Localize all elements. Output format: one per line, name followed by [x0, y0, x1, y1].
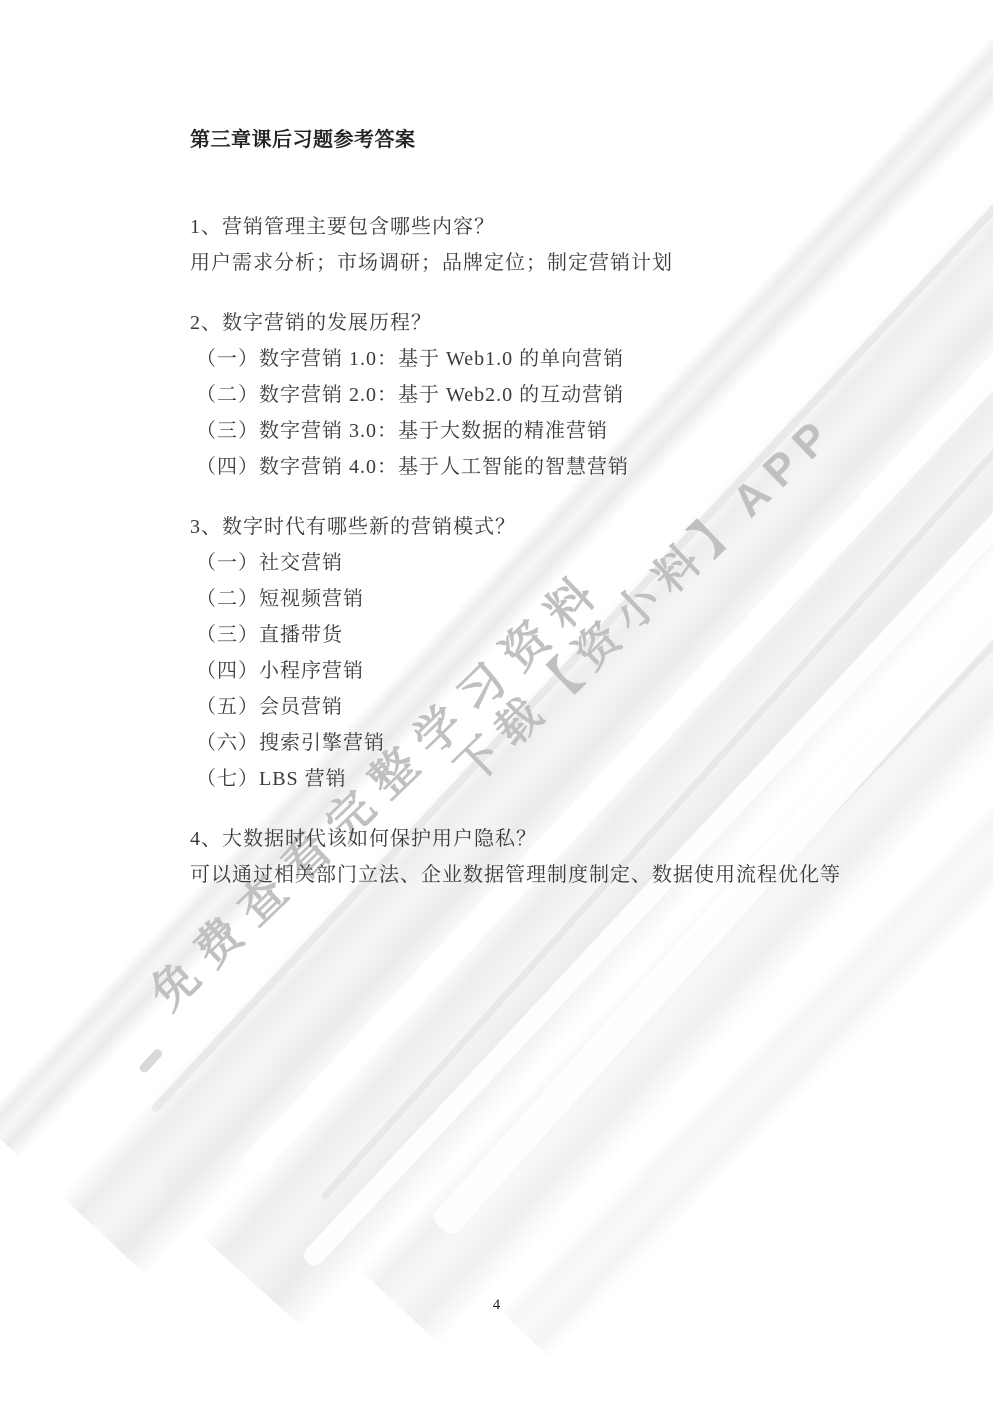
- answer-line: （七）LBS 营销: [190, 761, 910, 797]
- answer-line: （三）直播带货: [190, 617, 910, 653]
- answer-line: （五）会员营销: [190, 689, 910, 725]
- question-line: 1、营销管理主要包含哪些内容？: [190, 209, 910, 245]
- answer-line: （四）小程序营销: [190, 653, 910, 689]
- qa-sections: 1、营销管理主要包含哪些内容？用户需求分析；市场调研；品牌定位；制定营销计划2、…: [190, 209, 910, 893]
- qa-section: 1、营销管理主要包含哪些内容？用户需求分析；市场调研；品牌定位；制定营销计划: [190, 209, 910, 281]
- brush-speck: [138, 1048, 164, 1075]
- answer-line: （一）社交营销: [190, 545, 910, 581]
- question-line: 3、数字时代有哪些新的营销模式？: [190, 509, 910, 545]
- qa-section: 2、数字营销的发展历程？（一）数字营销 1.0：基于 Web1.0 的单向营销（…: [190, 305, 910, 485]
- qa-section: 3、数字时代有哪些新的营销模式？（一）社交营销（二）短视频营销（三）直播带货（四…: [190, 509, 910, 797]
- answer-line: （二）数字营销 2.0：基于 Web2.0 的互动营销: [190, 377, 910, 413]
- answer-line: （一）数字营销 1.0：基于 Web1.0 的单向营销: [190, 341, 910, 377]
- question-line: 2、数字营销的发展历程？: [190, 305, 910, 341]
- answer-line: （四）数字营销 4.0：基于人工智能的智慧营销: [190, 449, 910, 485]
- page-number: 4: [0, 1297, 993, 1314]
- question-line: 4、大数据时代该如何保护用户隐私？: [190, 821, 910, 857]
- document-page: 免费查看完整学习资料 下载【资小料】APP 第三章课后习题参考答案 1、营销管理…: [0, 0, 993, 1404]
- answer-line: （二）短视频营销: [190, 581, 910, 617]
- document-title: 第三章课后习题参考答案: [190, 128, 910, 152]
- document-content: 第三章课后习题参考答案 1、营销管理主要包含哪些内容？用户需求分析；市场调研；品…: [190, 128, 910, 917]
- answer-line: 用户需求分析；市场调研；品牌定位；制定营销计划: [190, 245, 910, 281]
- answer-line: （三）数字营销 3.0：基于大数据的精准营销: [190, 413, 910, 449]
- answer-line: （六）搜索引擎营销: [190, 725, 910, 761]
- qa-section: 4、大数据时代该如何保护用户隐私？可以通过相关部门立法、企业数据管理制度制定、数…: [190, 821, 910, 893]
- answer-line: 可以通过相关部门立法、企业数据管理制度制定、数据使用流程优化等: [190, 857, 910, 893]
